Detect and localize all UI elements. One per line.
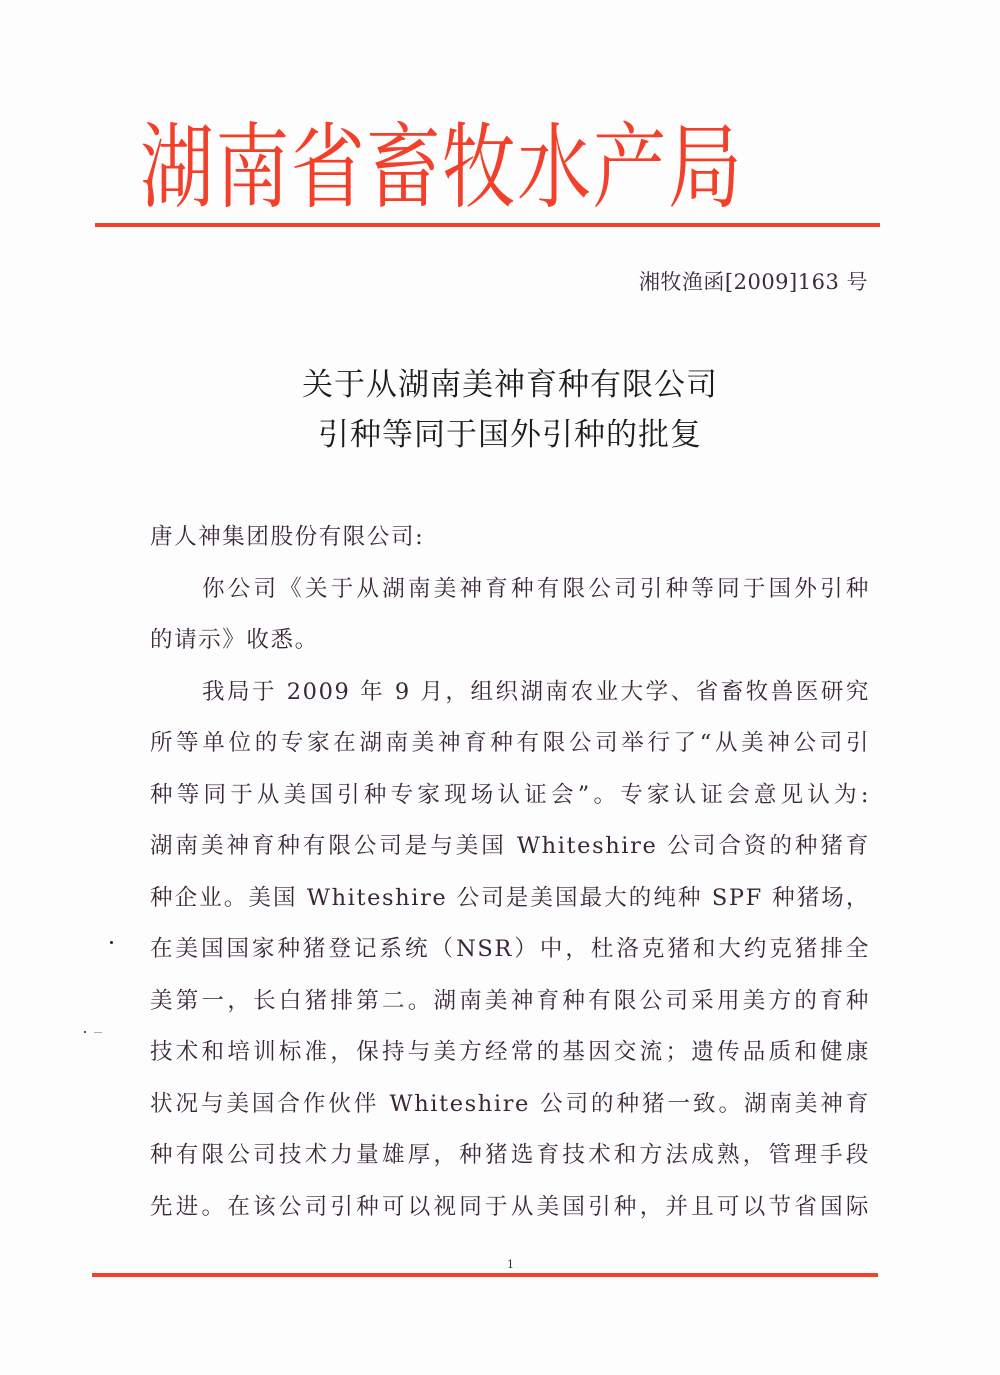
paragraph-2-line: 我局于 2009 年 9 月，组织湖南农业大学、省畜牧兽医研究 (150, 667, 870, 719)
paragraph-2-line: 状况与美国合作伙伴 Whiteshire 公司的种猪一致。湖南美神育 (150, 1079, 870, 1131)
masthead-char: 省 (291, 114, 365, 222)
document-page: 湖 南 省 畜 牧 水 产 局 湘牧渔函[2009]163 号 关于从湖南美神育… (0, 0, 1000, 1375)
paragraph-2-line: 种有限公司技术力量雄厚，种猪选育技术和方法成熟，管理手段 (150, 1130, 870, 1182)
title-line-1: 关于从湖南美神育种有限公司 (150, 360, 870, 410)
scan-speck (110, 941, 113, 944)
paragraph-2-line: 湖南美神育种有限公司是与美国 Whiteshire 公司合资的种猪育 (150, 821, 870, 873)
paragraph-2-line: 所等单位的专家在湖南美神育种有限公司举行了“从美神公司引 (150, 718, 870, 770)
issuer-masthead: 湖 南 省 畜 牧 水 产 局 (140, 118, 742, 218)
paragraph-2-line: 美第一，长白猪排第二。湖南美神育种有限公司采用美方的育种 (150, 976, 870, 1028)
title-line-2: 引种等同于国外引种的批复 (150, 410, 870, 460)
page-number: 1 (507, 1258, 514, 1271)
masthead-char: 南 (215, 114, 289, 222)
paragraph-1-line: 你公司《关于从湖南美神育种有限公司引种等同于国外引种 (150, 564, 870, 616)
paragraph-2-line: 种企业。美国 Whiteshire 公司是美国最大的纯种 SPF 种猪场， (150, 873, 870, 925)
masthead-char: 牧 (442, 114, 516, 222)
paragraph-2-line: 在美国国家种猪登记系统（NSR）中，杜洛克猪和大约克猪排全 (150, 924, 870, 976)
header-red-rule (95, 223, 880, 227)
masthead-char: 局 (668, 114, 742, 222)
scan-mark (94, 1032, 102, 1033)
paragraph-1-line: 的请示》收悉。 (150, 615, 870, 667)
document-number: 湘牧渔函[2009]163 号 (639, 266, 868, 296)
masthead-char: 水 (517, 114, 591, 222)
salutation: 唐人神集团股份有限公司: (150, 512, 870, 564)
paragraph-2-line: 先进。在该公司引种可以视同于从美国引种，并且可以节省国际 (150, 1182, 870, 1234)
masthead-char: 畜 (366, 114, 440, 222)
paragraph-2-line: 种等同于从美国引种专家现场认证会”。专家认证会意见认为: (150, 770, 870, 822)
masthead-char: 产 (593, 114, 667, 222)
masthead-char: 湖 (140, 114, 214, 222)
scan-speck (84, 1031, 86, 1033)
document-title: 关于从湖南美神育种有限公司 引种等同于国外引种的批复 (150, 360, 870, 460)
document-body: 唐人神集团股份有限公司: 你公司《关于从湖南美神育种有限公司引种等同于国外引种 … (150, 512, 870, 1233)
footer-red-rule (92, 1273, 878, 1277)
paragraph-2-line: 技术和培训标准，保持与美方经常的基因交流；遗传品质和健康 (150, 1027, 870, 1079)
